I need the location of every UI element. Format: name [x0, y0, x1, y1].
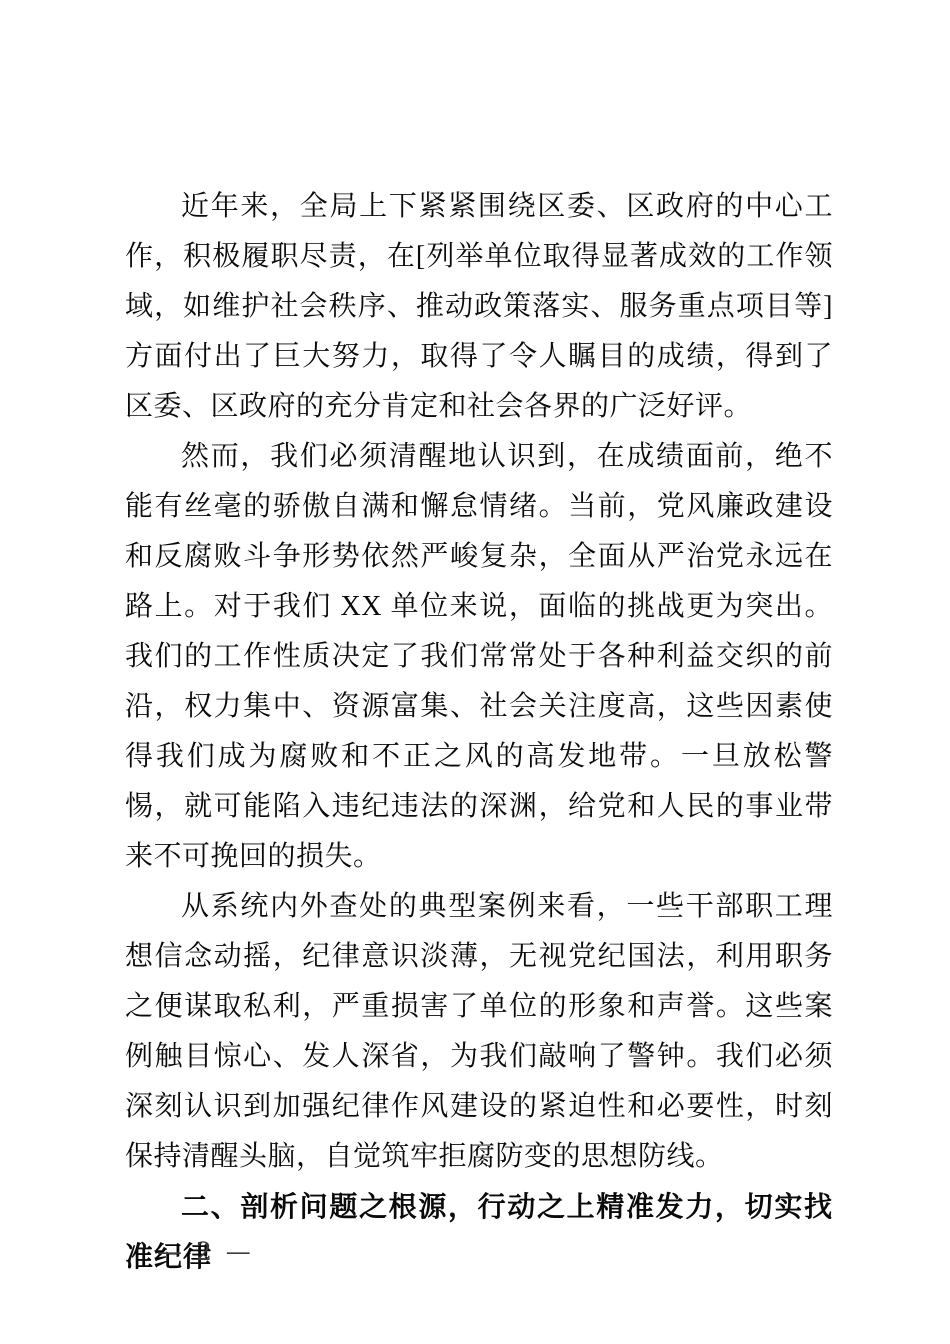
body-paragraph-1: 近年来，全局上下紧紧围绕区委、区政府的中心工作，积极履职尽责，在[列举单位取得显… — [125, 182, 833, 432]
body-paragraph-2: 然而，我们必须清醒地认识到，在成绩面前，绝不能有丝毫的骄傲自满和懈怠情绪。当前，… — [125, 432, 833, 882]
page-number: — 2 — — [157, 1237, 254, 1267]
section-heading: 二、剖析问题之根源，行动之上精准发力，切实找准纪律 — [125, 1182, 833, 1282]
document-body: 近年来，全局上下紧紧围绕区委、区政府的中心工作，积极履职尽责，在[列举单位取得显… — [125, 182, 833, 1282]
document-page: 近年来，全局上下紧紧围绕区委、区政府的中心工作，积极履职尽责，在[列举单位取得显… — [0, 0, 950, 1344]
body-paragraph-3: 从系统内外查处的典型案例来看，一些干部职工理想信念动摇，纪律意识淡薄，无视党纪国… — [125, 882, 833, 1182]
